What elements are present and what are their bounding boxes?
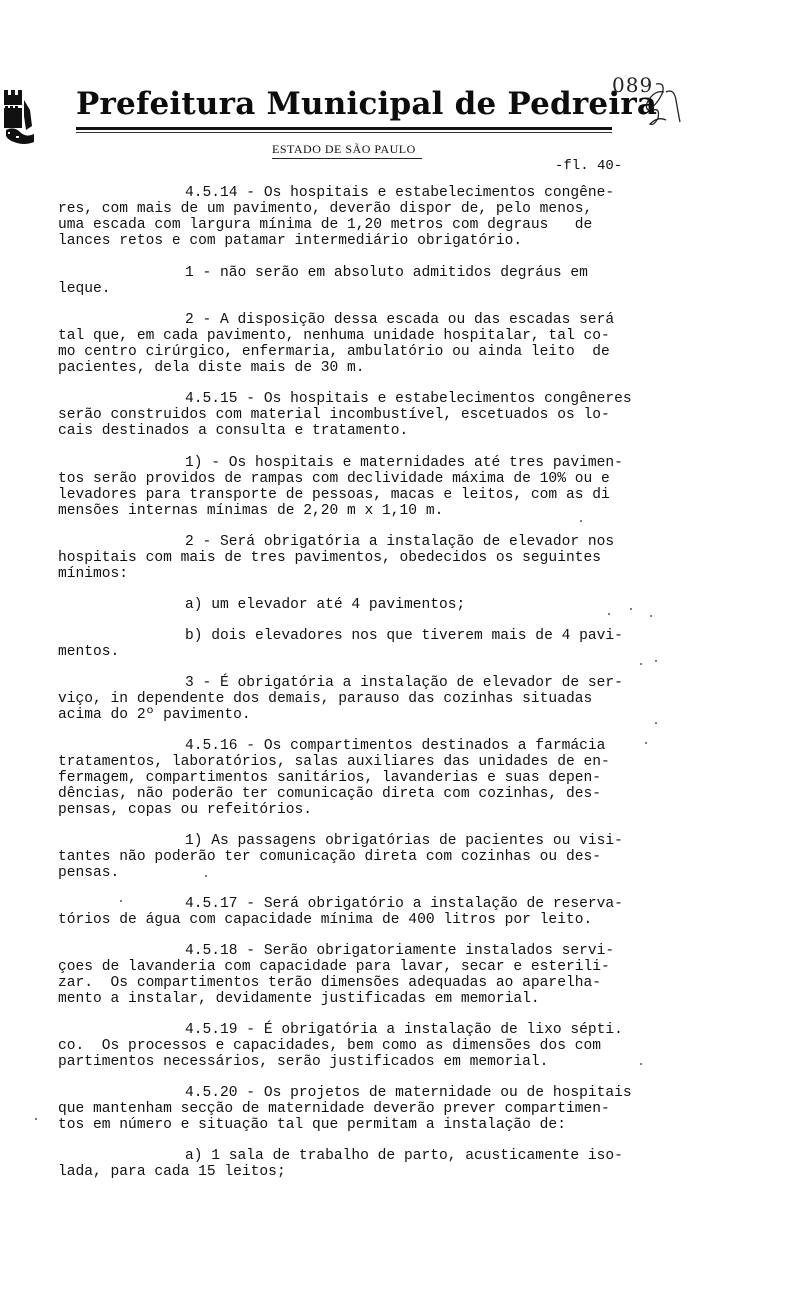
text-line: viço, in dependente dos demais, parauso … xyxy=(58,692,592,707)
text-line: 1) - Os hospitais e maternidades até tre… xyxy=(185,456,623,471)
text-line: pensas. xyxy=(58,866,119,881)
text-line: 4.5.14 - Os hospitais e estabelecimentos… xyxy=(185,186,614,201)
scan-speck xyxy=(640,1063,642,1065)
text-line: dências, não poderão ter comunicação dir… xyxy=(58,787,601,802)
text-line: mentos. xyxy=(58,645,119,660)
state-subtitle: ESTADO DE SÃO PAULO xyxy=(272,142,416,157)
scan-speck xyxy=(35,1118,37,1120)
text-line: acima do 2º pavimento. xyxy=(58,708,251,723)
signature-initials-icon xyxy=(636,80,686,130)
text-line: 2 - Será obrigatória a instalação de ele… xyxy=(185,535,614,550)
text-line: tos em número e situação tal que permita… xyxy=(58,1118,566,1133)
scan-speck xyxy=(630,608,632,610)
state-underline xyxy=(272,158,422,159)
text-line: 4.5.16 - Os compartimentos destinados a … xyxy=(185,739,605,754)
title-underline-thin xyxy=(76,132,612,133)
text-line: uma escada com largura mínima de 1,20 me… xyxy=(58,218,592,233)
text-line: 1) As passagens obrigatórias de paciente… xyxy=(185,834,623,849)
text-line: pacientes, dela diste mais de 30 m. xyxy=(58,361,365,376)
text-line: tórios de água com capacidade mínima de … xyxy=(58,913,592,928)
text-line: 4.5.17 - Será obrigatório a instalação d… xyxy=(185,897,623,912)
text-line: tantes não poderão ter comunicação diret… xyxy=(58,850,601,865)
text-line: 4.5.15 - Os hospitais e estabelecimentos… xyxy=(185,392,632,407)
text-line: mínimos: xyxy=(58,567,128,582)
text-line: mento a instalar, devidamente justificad… xyxy=(58,992,540,1007)
scan-speck xyxy=(650,615,652,617)
title-underline xyxy=(76,127,612,130)
text-line: pensas, copas ou refeitórios. xyxy=(58,803,312,818)
text-line: tal que, em cada pavimento, nenhuma unid… xyxy=(58,329,610,344)
text-line: tos serão providos de rampas com declivi… xyxy=(58,472,610,487)
text-line: levadores para transporte de pessoas, ma… xyxy=(58,488,610,503)
text-line: co. Os processos e capacidades, bem como… xyxy=(58,1039,601,1054)
text-line: tratamentos, laboratórios, salas auxilia… xyxy=(58,755,610,770)
scan-speck xyxy=(580,520,582,522)
text-line: çoes de lavanderia com capacidade para l… xyxy=(58,960,610,975)
text-line: 1 - não serão em absoluto admitidos degr… xyxy=(185,266,588,281)
text-line: 2 - A disposição dessa escada ou das esc… xyxy=(185,313,614,328)
text-line: res, com mais de um pavimento, deverão d… xyxy=(58,202,592,217)
municipal-crest-icon xyxy=(2,86,36,148)
scan-speck xyxy=(640,663,642,665)
text-line: lada, para cada 15 leitos; xyxy=(58,1165,286,1180)
text-line: cais destinados a consulta e tratamento. xyxy=(58,424,408,439)
document-page: Prefeitura Municipal de Pedreira 089 EST… xyxy=(0,0,800,1302)
text-line: zar. Os compartimentos terão dimensões a… xyxy=(58,976,601,991)
text-line: mo centro cirúrgico, enfermaria, ambulat… xyxy=(58,345,610,360)
text-line: fermagem, compartimentos sanitários, lav… xyxy=(58,771,601,786)
text-line: a) 1 sala de trabalho de parto, acustica… xyxy=(185,1149,623,1164)
scan-speck xyxy=(120,900,122,902)
scan-speck xyxy=(645,742,647,744)
scan-speck xyxy=(608,613,610,615)
text-line: lances retos e com patamar intermediário… xyxy=(58,234,522,249)
text-line: partimentos necessários, serão justifica… xyxy=(58,1055,548,1070)
text-line: que mantenham secção de maternidade deve… xyxy=(58,1102,610,1117)
scan-speck xyxy=(655,660,657,662)
text-line: 4.5.18 - Serão obrigatoriamente instalad… xyxy=(185,944,614,959)
scan-speck xyxy=(655,722,657,724)
text-line: b) dois elevadores nos que tiverem mais … xyxy=(185,629,623,644)
text-line: mensões internas mínimas de 2,20 m x 1,1… xyxy=(58,504,443,519)
text-line: a) um elevador até 4 pavimentos; xyxy=(185,598,465,613)
text-line: 3 - É obrigatória a instalação de elevad… xyxy=(185,676,623,691)
text-line: 4.5.19 - É obrigatória a instalação de l… xyxy=(185,1023,623,1038)
text-line: serão construidos com material incombust… xyxy=(58,408,610,423)
folio-number: -fl. 40- xyxy=(555,158,622,174)
scan-speck xyxy=(205,875,207,877)
text-line: hospitais com mais de tres pavimentos, o… xyxy=(58,551,601,566)
text-line: leque. xyxy=(58,282,111,297)
letterhead-title: Prefeitura Municipal de Pedreira xyxy=(76,86,657,122)
text-line: 4.5.20 - Os projetos de maternidade ou d… xyxy=(185,1086,632,1101)
